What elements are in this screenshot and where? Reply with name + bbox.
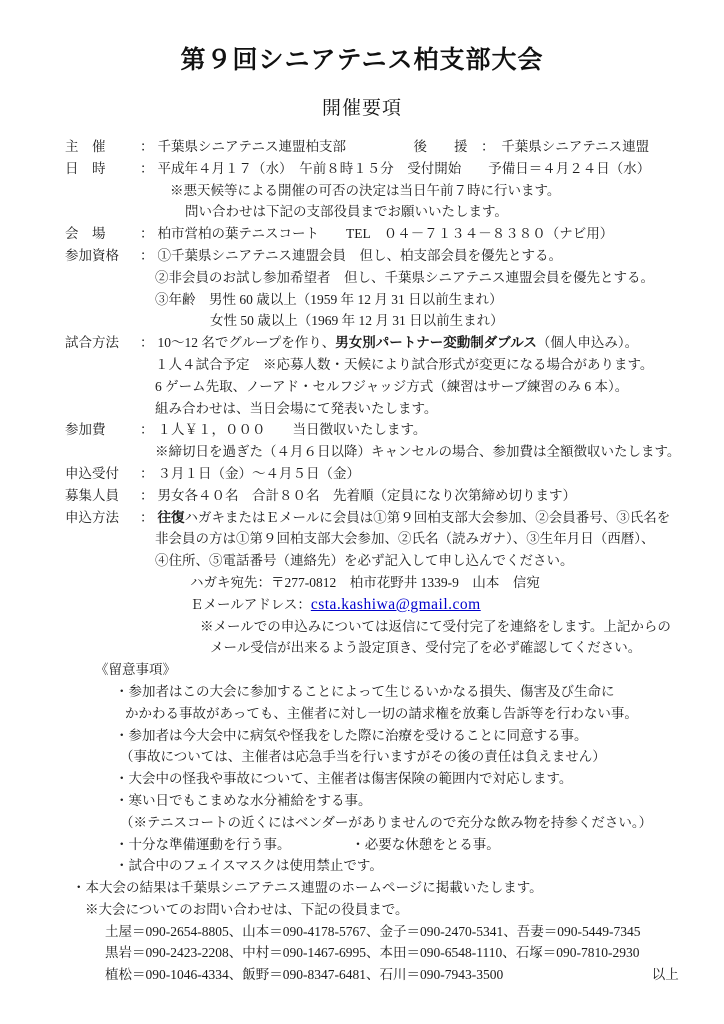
text-segment: ・参加者はこの大会に参加することによって生じるいかなる損失、傷害及び生命に bbox=[115, 684, 615, 699]
field-label: 主 催 bbox=[65, 136, 121, 158]
field-label: 申込受付 bbox=[65, 463, 121, 485]
text-segment: 黒岩＝090-2423-2208、中村＝090-1467-6995、本田＝090… bbox=[105, 945, 639, 960]
text-segment: 千葉県シニアテニス連盟柏支部 後 援 ： 千葉県シニアテニス連盟 bbox=[158, 139, 650, 154]
text-segment: ３月１日（金）～４月５日（金） bbox=[158, 466, 361, 481]
row-application-method-1: 申込方法：往復ハガキまたはＥメールに会員は①第９回柏支部大会参加、②会員番号、③… bbox=[65, 507, 724, 529]
document-body: 主 催：千葉県シニアテニス連盟柏支部 後 援 ： 千葉県シニアテニス連盟日 時：… bbox=[65, 136, 724, 986]
row-sponsor: 主 催：千葉県シニアテニス連盟柏支部 後 援 ： 千葉県シニアテニス連盟 bbox=[65, 136, 724, 158]
row-capacity: 募集人員：男女各４０名 合計８０名 先着順（定員になり次第締め切ります） bbox=[65, 485, 724, 507]
row-contacts-1: 土屋＝090-2654-8805、山本＝090-4178-5767、金子＝090… bbox=[65, 921, 724, 943]
text-segment: ・参加者は今大会中に病気や怪我をした際に治療を受けることに同意する事。 bbox=[115, 728, 588, 743]
row-email-address: Ｅメールアドレス：csta.kashiwa@gmail.com bbox=[65, 594, 724, 616]
row-eligibility-2: ②非会員のお試し参加希望者 但し、千葉県シニアテニス連盟会員を優先とする。 bbox=[65, 267, 724, 289]
text-segment: 非会員の方は①第９回柏支部大会参加、②氏名（読みガナ）、③生年月日（西暦）、 bbox=[155, 531, 655, 546]
field-label: 日 時 bbox=[65, 158, 121, 180]
text-segment: ・本大会の結果は千葉県シニアテニス連盟のホームページに掲載いたします。 bbox=[72, 880, 543, 895]
field-colon: ： bbox=[140, 158, 154, 180]
text-segment: ・大会中の怪我や事故について、主催者は傷害保険の範囲内で対応します。 bbox=[115, 771, 572, 786]
text-segment: 女性 50 歳以上（1969 年 12 月 31 日以前生まれ） bbox=[210, 313, 504, 328]
row-note-1a: ・参加者はこの大会に参加することによって生じるいかなる損失、傷害及び生命に bbox=[65, 681, 724, 703]
row-note-1b: かかわる事故があっても、主催者に対し一切の請求権を放棄し告訴等を行わない事。 bbox=[65, 703, 724, 725]
row-application-method-2: 非会員の方は①第９回柏支部大会参加、②氏名（読みガナ）、③生年月日（西暦）、 bbox=[65, 528, 724, 550]
text-segment: ハガキ宛先：〒277-0812 柏市花野井 1339-9 山本 信宛 bbox=[190, 575, 540, 590]
row-eligibility-1: 参加資格：①千葉県シニアテニス連盟会員 但し、柏支部会員を優先とする。 bbox=[65, 245, 724, 267]
text-segment: かかわる事故があっても、主催者に対し一切の請求権を放棄し告訴等を行わない事。 bbox=[125, 706, 638, 721]
row-notes-heading: 《留意事項》 bbox=[65, 659, 724, 681]
text-segment: 往復 bbox=[158, 510, 185, 525]
text-segment: 《留意事項》 bbox=[95, 662, 176, 677]
row-fee: 参加費：１人￥１，０００ 当日徴収いたします。 bbox=[65, 419, 724, 441]
text-segment: ③年齢 男性 60 歳以上（1959 年 12 月 31 日以前生まれ） bbox=[155, 292, 503, 307]
row-venue: 会 場：柏市営柏の葉テニスコート TEL ０４－７１３４－８３８０（ナビ用） bbox=[65, 223, 724, 245]
row-note-2b: （事故については、主催者は応急手当を行いますがその後の責任は負えません） bbox=[65, 746, 724, 768]
row-postcard-address: ハガキ宛先：〒277-0812 柏市花野井 1339-9 山本 信宛 bbox=[65, 572, 724, 594]
field-label: 会 場 bbox=[65, 223, 121, 245]
field-label: 申込方法 bbox=[65, 507, 121, 529]
row-note-6: ・試合中のフェイスマスクは使用禁止です。 bbox=[65, 855, 724, 877]
field-colon: ： bbox=[140, 136, 154, 158]
row-fee-note: ※締切日を過ぎた（４月６日以降）キャンセルの場合、参加費は全額徴収いたします。 bbox=[65, 441, 724, 463]
row-match-format-4: 組み合わせは、当日会場にて発表いたします。 bbox=[65, 398, 724, 420]
row-application-method-3: ④住所、⑤電話番号（連絡先）を必ず記入して申し込んでください。 bbox=[65, 550, 724, 572]
text-segment: 問い合わせは下記の支部役員までお願いいたします。 bbox=[185, 204, 508, 219]
text-segment: ※大会についてのお問い合わせは、下記の役員まで。 bbox=[85, 902, 408, 917]
text-segment: 6 ゲーム先取、ノーアド・セルフジャッジ方式（練習はサーブ練習のみ 6 本）。 bbox=[155, 379, 628, 394]
field-colon: ： bbox=[140, 332, 154, 354]
field-label: 参加資格 bbox=[65, 245, 121, 267]
text-segment: ②非会員のお試し参加希望者 但し、千葉県シニアテニス連盟会員を優先とする。 bbox=[155, 270, 654, 285]
text-segment: ・十分な準備運動を行う事。 ・必要な休憩をとる事。 bbox=[115, 837, 500, 852]
page-subtitle: 開催要項 bbox=[65, 93, 659, 120]
text-segment: （※テニスコートの近くにはベンダーがありませんので充分な飲み物を持参ください。） bbox=[120, 815, 652, 830]
row-email-note-1: ※メールでの申込みについては返信にて受付完了を連絡をします。上記からの bbox=[65, 616, 724, 638]
row-note-4a: ・寒い日でもこまめな水分補給をする事。 bbox=[65, 790, 724, 812]
text-segment: ※メールでの申込みについては返信にて受付完了を連絡をします。上記からの bbox=[200, 619, 671, 634]
row-note-3: ・大会中の怪我や事故について、主催者は傷害保険の範囲内で対応します。 bbox=[65, 768, 724, 790]
text-segment: ・寒い日でもこまめな水分補給をする事。 bbox=[115, 793, 372, 808]
text-segment: 男女各４０名 合計８０名 先着順（定員になり次第締め切ります） bbox=[158, 488, 577, 503]
text-segment: （事故については、主催者は応急手当を行いますがその後の責任は負えません） bbox=[120, 749, 606, 764]
field-label: 募集人員 bbox=[65, 485, 121, 507]
text-segment: 男女別パートナー変動制ダブルス bbox=[335, 335, 537, 350]
text-segment: 植松＝090-1046-4334、飯野＝090-8347-6481、石川＝090… bbox=[105, 967, 679, 982]
text-segment: １人４試合予定 ※応募人数・天候により試合形式が変更になる場合があります。 bbox=[155, 357, 653, 372]
row-eligibility-age-women: 女性 50 歳以上（1969 年 12 月 31 日以前生まれ） bbox=[65, 310, 724, 332]
row-contacts-2: 黒岩＝090-2423-2208、中村＝090-1467-6995、本田＝090… bbox=[65, 942, 724, 964]
row-match-format-1: 試合方法：10～12 名でグループを作り、男女別パートナー変動制ダブルス（個人申… bbox=[65, 332, 724, 354]
row-application-period: 申込受付：３月１日（金）～４月５日（金） bbox=[65, 463, 724, 485]
field-colon: ： bbox=[140, 419, 154, 441]
row-datetime: 日 時：平成年４月１７（水） 午前８時１５分 受付開始 予備日＝４月２４日（水） bbox=[65, 158, 724, 180]
field-colon: ： bbox=[140, 223, 154, 245]
field-colon: ： bbox=[140, 485, 154, 507]
text-segment: 柏市営柏の葉テニスコート TEL ０４－７１３４－８３８０（ナビ用） bbox=[158, 226, 614, 241]
text-segment: メール受信が出来るよう設定頂き、受付完了を必ず確認してください。 bbox=[210, 640, 641, 655]
text-segment: （個人申込み）。 bbox=[537, 335, 638, 350]
text-segment: Ｅメールアドレス： bbox=[190, 597, 311, 612]
field-colon: ： bbox=[140, 507, 154, 529]
text-segment: 平成年４月１７（水） 午前８時１５分 受付開始 予備日＝４月２４日（水） bbox=[158, 161, 651, 176]
text-segment: ①千葉県シニアテニス連盟会員 但し、柏支部会員を優先とする。 bbox=[158, 248, 562, 263]
text-segment: 組み合わせは、当日会場にて発表いたします。 bbox=[155, 401, 437, 416]
row-note-4b: （※テニスコートの近くにはベンダーがありませんので充分な飲み物を持参ください。） bbox=[65, 812, 724, 834]
text-segment: ※悪天候等による開催の可否の決定は当日午前７時に行います。 bbox=[170, 183, 560, 198]
row-email-note-2: メール受信が出来るよう設定頂き、受付完了を必ず確認してください。 bbox=[65, 637, 724, 659]
field-colon: ： bbox=[140, 245, 154, 267]
text-segment: ④住所、⑤電話番号（連絡先）を必ず記入して申し込んでください。 bbox=[155, 553, 574, 568]
row-match-format-2: １人４試合予定 ※応募人数・天候により試合形式が変更になる場合があります。 bbox=[65, 354, 724, 376]
row-datetime-note-1: ※悪天候等による開催の可否の決定は当日午前７時に行います。 bbox=[65, 180, 724, 202]
field-label: 試合方法 bbox=[65, 332, 121, 354]
text-segment: 10～12 名でグループを作り、 bbox=[158, 335, 336, 350]
row-inquiry: ※大会についてのお問い合わせは、下記の役員まで。 bbox=[65, 899, 724, 921]
email-link[interactable]: csta.kashiwa@gmail.com bbox=[311, 596, 481, 613]
row-datetime-note-2: 問い合わせは下記の支部役員までお願いいたします。 bbox=[65, 201, 724, 223]
row-results: ・本大会の結果は千葉県シニアテニス連盟のホームページに掲載いたします。 bbox=[65, 877, 724, 899]
row-note-5: ・十分な準備運動を行う事。 ・必要な休憩をとる事。 bbox=[65, 834, 724, 856]
text-segment: ・試合中のフェイスマスクは使用禁止です。 bbox=[115, 858, 383, 873]
text-segment: １人￥１，０００ 当日徴収いたします。 bbox=[158, 422, 427, 437]
text-segment: ハガキまたはＥメールに会員は①第９回柏支部大会参加、②会員番号、③氏名を bbox=[185, 510, 671, 525]
document-page: 第９回シニアテニス柏支部大会 開催要項 主 催：千葉県シニアテニス連盟柏支部 後… bbox=[0, 0, 724, 1024]
field-colon: ： bbox=[140, 463, 154, 485]
text-segment: 土屋＝090-2654-8805、山本＝090-4178-5767、金子＝090… bbox=[105, 924, 640, 939]
text-segment: ※締切日を過ぎた（４月６日以降）キャンセルの場合、参加費は全額徴収いたします。 bbox=[155, 444, 680, 459]
row-match-format-3: 6 ゲーム先取、ノーアド・セルフジャッジ方式（練習はサーブ練習のみ 6 本）。 bbox=[65, 376, 724, 398]
row-contacts-3: 植松＝090-1046-4334、飯野＝090-8347-6481、石川＝090… bbox=[65, 964, 724, 986]
row-eligibility-age-men: ③年齢 男性 60 歳以上（1959 年 12 月 31 日以前生まれ） bbox=[65, 289, 724, 311]
row-note-2a: ・参加者は今大会中に病気や怪我をした際に治療を受けることに同意する事。 bbox=[65, 725, 724, 747]
page-title: 第９回シニアテニス柏支部大会 bbox=[65, 40, 659, 76]
field-label: 参加費 bbox=[65, 419, 121, 441]
